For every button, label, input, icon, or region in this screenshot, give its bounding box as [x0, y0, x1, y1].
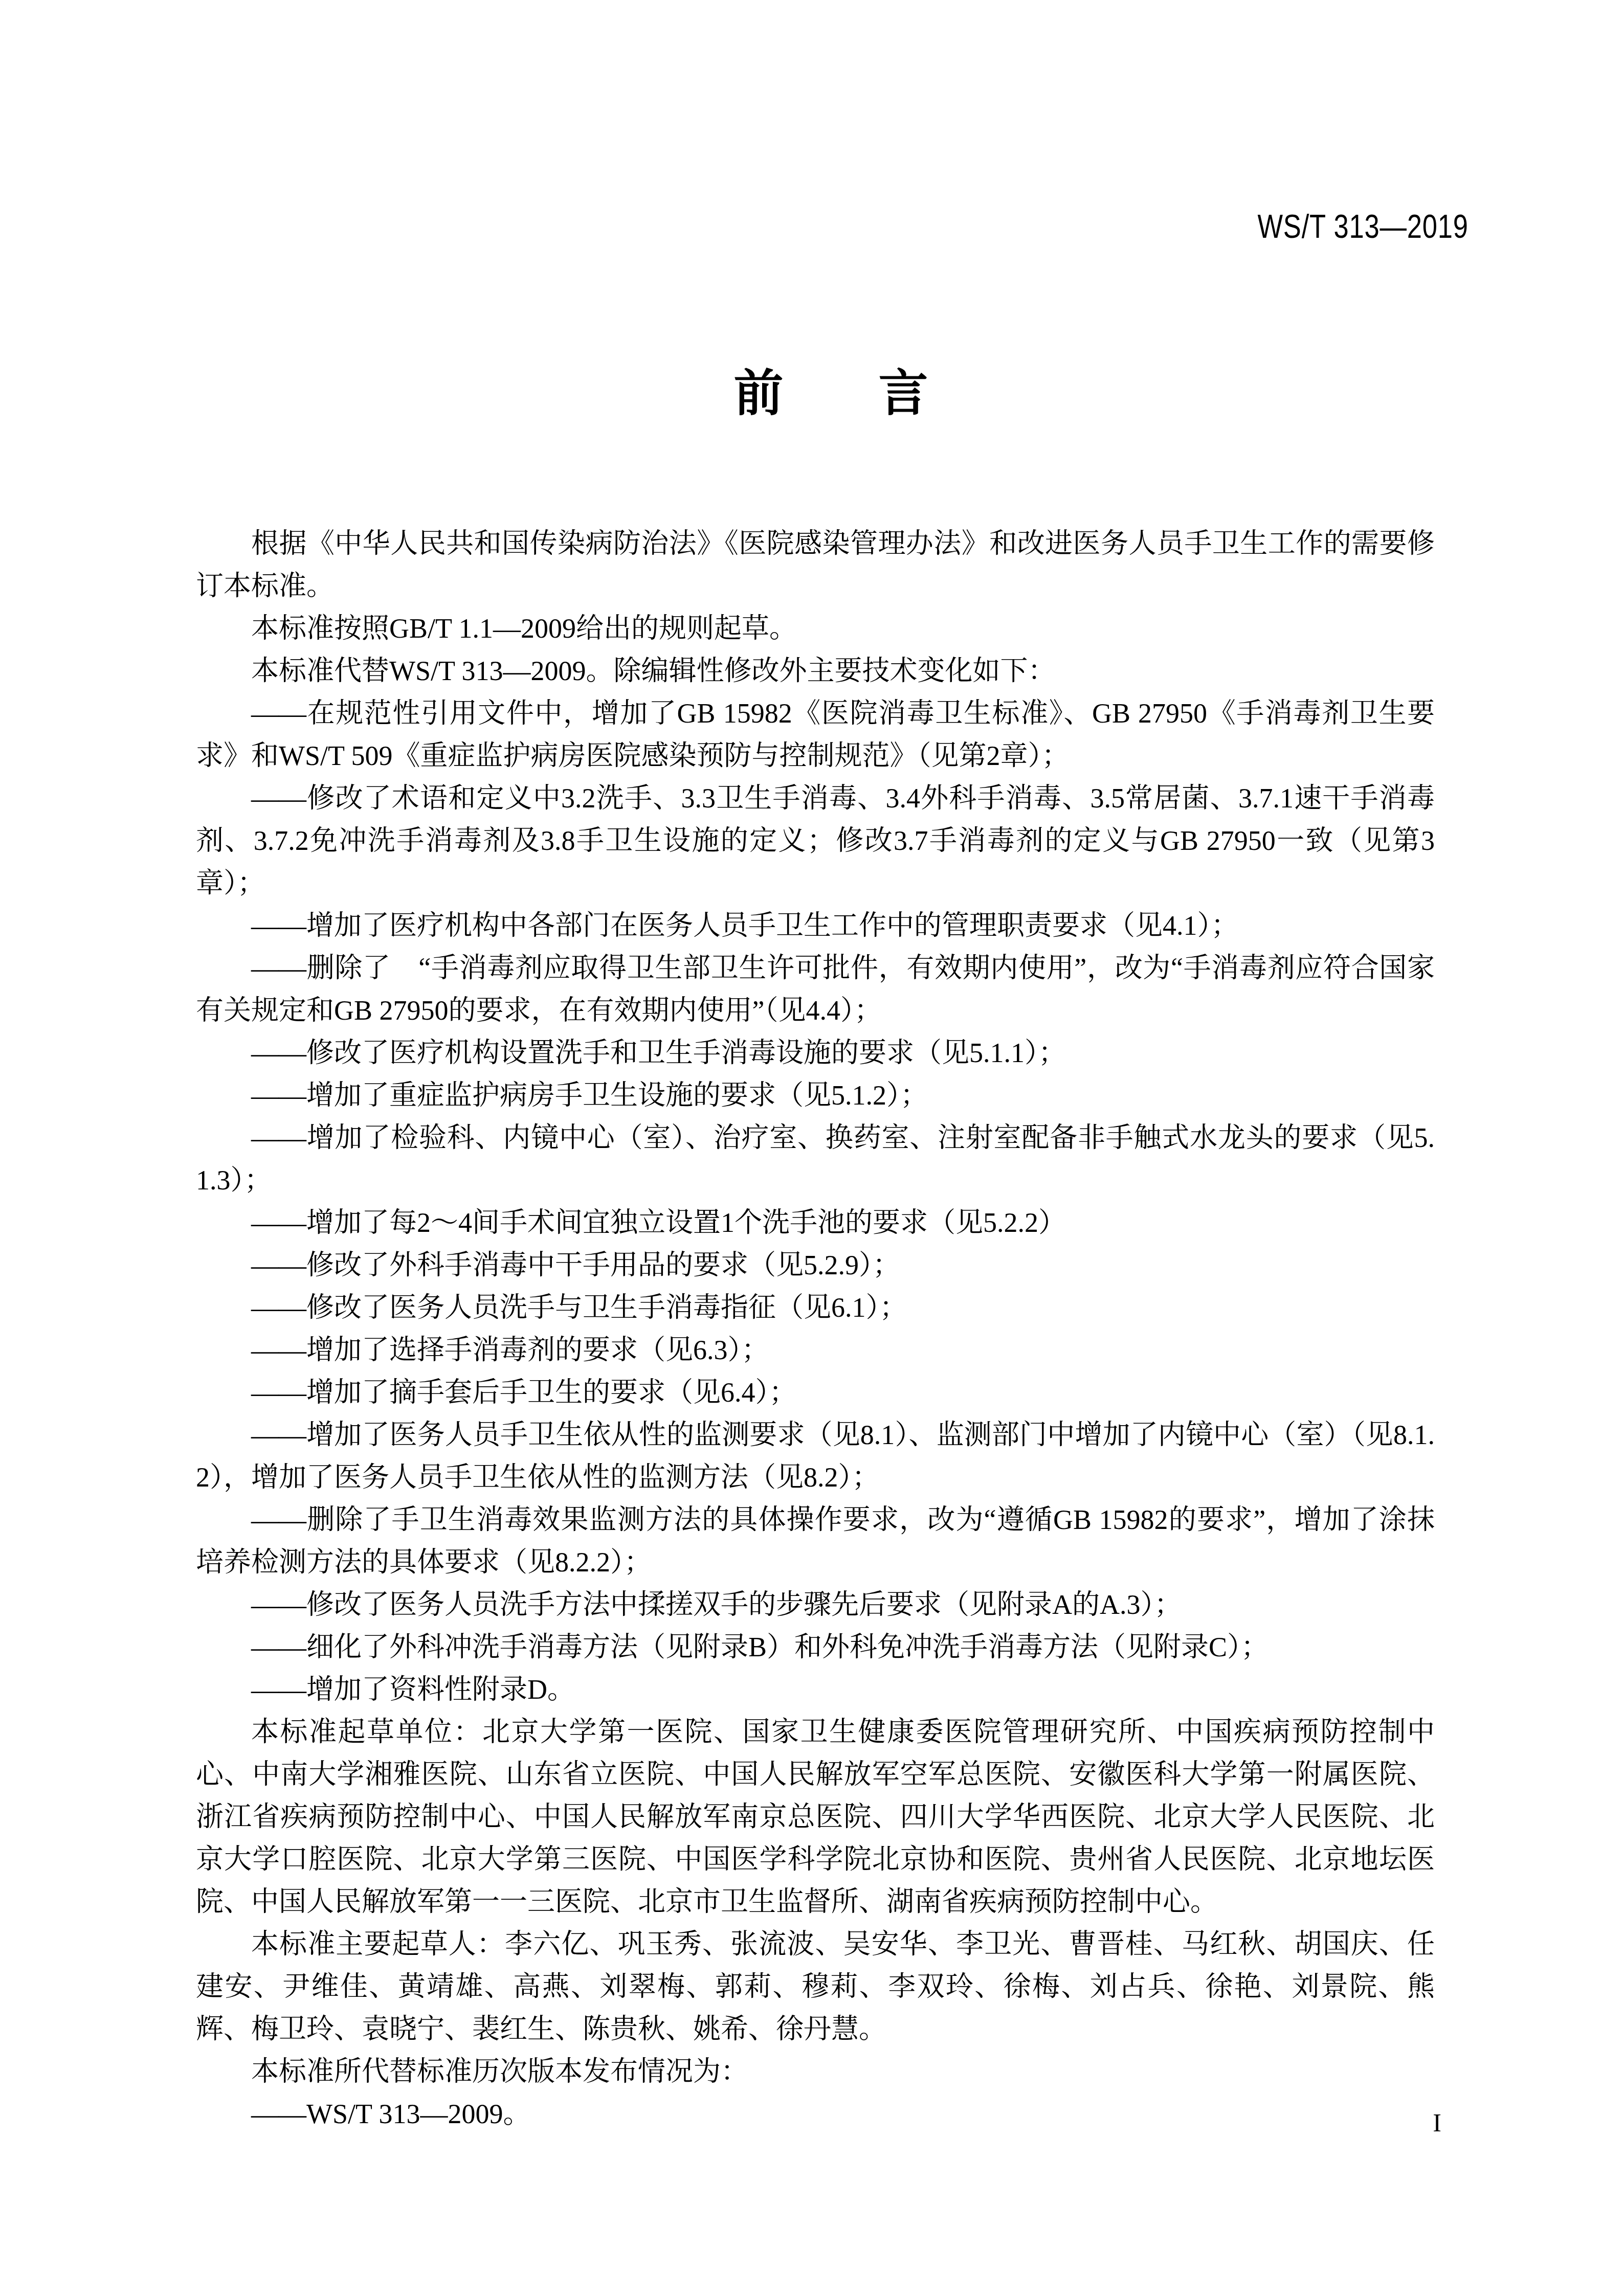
paragraph: ——增加了医务人员手卫生依从性的监测要求（见8.1）、监测部门中增加了内镜中心（… — [196, 1414, 1435, 1499]
paragraph: ——细化了外科冲洗手消毒方法（见附录B）和外科免冲洗手消毒方法（见附录C）； — [196, 1626, 1435, 1669]
paragraph: ——增加了每2～4间手术间宜独立设置1个洗手池的要求（见5.2.2） — [196, 1202, 1435, 1244]
paragraph: 本标准所代替标准历次版本发布情况为： — [196, 2051, 1435, 2093]
paragraph: 本标准主要起草人：李六亿、巩玉秀、张流波、吴安华、李卫光、曹晋桂、马红秋、胡国庆… — [196, 1923, 1435, 2051]
paragraph: ——修改了医疗机构设置洗手和卫生手消毒设施的要求（见5.1.1）； — [196, 1032, 1435, 1074]
paragraph: ——WS/T 313—2009。 — [196, 2093, 1435, 2135]
paragraph: ——增加了选择手消毒剂的要求（见6.3）； — [196, 1329, 1435, 1371]
paragraph: ——增加了检验科、内镜中心（室）、治疗室、换药室、注射室配备非手触式水龙头的要求… — [196, 1117, 1435, 1202]
page-number: I — [1433, 2110, 1441, 2135]
document-body: 根据《中华人民共和国传染病防治法》《医院感染管理办法》和改进医务人员手卫生工作的… — [196, 523, 1435, 2135]
paragraph: ——删除了手卫生消毒效果监测方法的具体操作要求，改为“遵循GB 15982的要求… — [196, 1499, 1435, 1584]
document-page: WS/T 313—2019 前 言 根据《中华人民共和国传染病防治法》《医院感染… — [0, 0, 1624, 2296]
paragraph: ——增加了医疗机构中各部门在医务人员手卫生工作中的管理职责要求（见4.1）； — [196, 905, 1435, 947]
paragraph: ——在规范性引用文件中，增加了GB 15982《医院消毒卫生标准》、GB 279… — [196, 692, 1435, 777]
paragraph: ——增加了摘手套后手卫生的要求（见6.4）； — [196, 1371, 1435, 1414]
paragraph: 根据《中华人民共和国传染病防治法》《医院感染管理办法》和改进医务人员手卫生工作的… — [196, 523, 1435, 607]
page-title: 前 言 — [19, 366, 1624, 421]
paragraph: 本标准代替WS/T 313—2009。除编辑性修改外主要技术变化如下： — [196, 650, 1435, 692]
standard-code: WS/T 313—2019 — [1258, 208, 1469, 245]
paragraph: 本标准按照GB/T 1.1—2009给出的规则起草。 — [196, 607, 1435, 650]
page-title-char-second: 言 — [879, 366, 928, 421]
paragraph: ——修改了术语和定义中3.2洗手、3.3卫生手消毒、3.4外科手消毒、3.5常居… — [196, 777, 1435, 905]
paragraph: ——修改了医务人员洗手与卫生手消毒指征（见6.1）； — [196, 1287, 1435, 1329]
paragraph: ——修改了外科手消毒中干手用品的要求（见5.2.9）； — [196, 1244, 1435, 1287]
paragraph: ——增加了重症监护病房手卫生设施的要求（见5.1.2）； — [196, 1074, 1435, 1117]
paragraph: ——增加了资料性附录D。 — [196, 1669, 1435, 1711]
paragraph: ——删除了 “手消毒剂应取得卫生部卫生许可批件，有效期内使用”，改为“手消毒剂应… — [196, 947, 1435, 1032]
paragraph: 本标准起草单位：北京大学第一医院、国家卫生健康委医院管理研究所、中国疾病预防控制… — [196, 1711, 1435, 1923]
paragraph: ——修改了医务人员洗手方法中揉搓双手的步骤先后要求（见附录A的A.3）； — [196, 1584, 1435, 1626]
page-title-char-first: 前 — [734, 366, 784, 421]
